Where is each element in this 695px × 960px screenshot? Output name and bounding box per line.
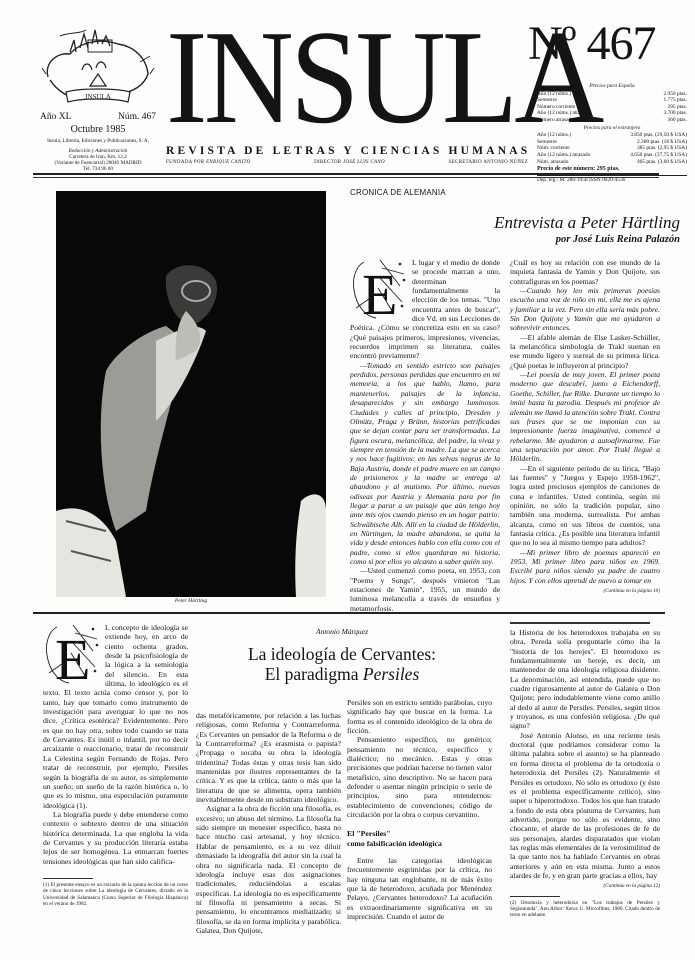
article-title: Entrevista a Peter Härtling bbox=[380, 213, 680, 233]
section-divider bbox=[33, 612, 665, 614]
staff-line: FUNDADA POR ENRIQUE CANITO DIRECTOR JOSÉ… bbox=[166, 160, 528, 165]
subscription-prices: Precios para España Año (12 núms.)2.950 … bbox=[537, 82, 687, 184]
paragraph-3: das metafóricamente, por relación a las … bbox=[196, 711, 341, 804]
svg-text:E: E bbox=[362, 262, 397, 322]
article2-column-1: E L concepto de ideología se extiende ho… bbox=[43, 623, 188, 907]
answer-4: —Mi primer libro de poemas apareció en 1… bbox=[510, 548, 660, 585]
svg-text:INSULA: INSULA bbox=[85, 93, 111, 101]
photo-caption: Peter Härtling bbox=[56, 598, 326, 604]
question-4: —En el siguiente período de su lírica, "… bbox=[510, 464, 660, 548]
decorative-initial-e-icon: E bbox=[43, 623, 99, 687]
paragraph-6: Pensamiento específico, no genérico; pen… bbox=[347, 735, 492, 819]
footnote-rule bbox=[510, 896, 560, 897]
continued-note: (Continúa en la página 10) bbox=[510, 587, 660, 596]
peter-hartling-photo bbox=[56, 191, 326, 597]
issue-info: Año XL Núm. 467 Octubre 1985 Insula, Lib… bbox=[40, 112, 156, 173]
secretary: SECRETARIO ANTONIO NÚÑEZ bbox=[449, 160, 529, 165]
address-block: Redacción y Administración Carretera de … bbox=[40, 148, 156, 173]
subheading: El "Persiles" como falsificación ideológ… bbox=[347, 829, 492, 848]
publisher: Insula, Librería, Ediciones y Publicacio… bbox=[40, 138, 156, 144]
answer-3: —Lei poesía de muy joven. El primer poet… bbox=[510, 370, 660, 463]
castle-hill-emblem-icon: INSULA bbox=[40, 22, 156, 114]
footnote-2: (2) Ortodoxia y heterodoxia en "Los trab… bbox=[510, 900, 660, 919]
answer-1: —Tomado en sentido estricto son paisajes… bbox=[350, 361, 500, 567]
director: DIRECTOR JOSÉ LUIS CANO bbox=[314, 160, 385, 165]
paragraph-4: Asignar a la obra de ficción una filosof… bbox=[196, 804, 341, 935]
article-byline: por José Luis Reina Palazón bbox=[380, 234, 680, 245]
question-2-cont: ¿Cuál es hoy su relación con ese mundo d… bbox=[510, 258, 660, 286]
question-3: —El afable alemán de Else Lasker-Schülle… bbox=[510, 333, 660, 370]
article2-column-2: das metafóricamente, por relación a las … bbox=[196, 711, 341, 935]
svg-text:E: E bbox=[55, 627, 90, 687]
article2-column-4: la Historia de los heterodoxos trabajaba… bbox=[510, 628, 660, 919]
insula-logo: INSULA bbox=[40, 22, 156, 114]
article1-column-2: ¿Cuál es hoy su relación con ese mundo d… bbox=[510, 258, 660, 596]
magazine-subtitle: REVISTA DE LETRAS Y CIENCIAS HUMANAS bbox=[166, 145, 528, 157]
portrait-photo-icon bbox=[56, 191, 326, 597]
answer-2: —Cuando hoy leo mis primeras poesías esc… bbox=[510, 286, 660, 333]
column-top-rule bbox=[510, 622, 650, 624]
issue-date: Octubre 1985 bbox=[40, 124, 156, 136]
prices-abroad-header: Precios para el extranjero bbox=[537, 125, 687, 132]
continued-note: (Continúa en la página 12) bbox=[510, 882, 660, 891]
issue-number: Núm. 467 bbox=[118, 112, 156, 123]
volume-year: Año XL bbox=[40, 112, 71, 123]
founder: FUNDADA POR ENRIQUE CANITO bbox=[166, 160, 251, 165]
section-label: CRONICA DE ALEMANIA bbox=[350, 188, 446, 197]
footnote-1: (1) El presente ensayo es un extracto de… bbox=[43, 882, 188, 907]
masthead-rule bbox=[33, 173, 659, 175]
decorative-initial-e-icon: E bbox=[350, 258, 406, 322]
masthead-rule-thin bbox=[33, 177, 659, 178]
footnote-rule bbox=[43, 878, 93, 879]
question-2: —Usted comenzó como poeta, en 1953, con … bbox=[350, 566, 500, 613]
paragraph-7: Entre las categorías ideológicas frecuen… bbox=[347, 856, 492, 921]
article2-author: Antonio Márquez bbox=[190, 627, 494, 636]
issue-number-large: Nº 467 bbox=[528, 20, 656, 68]
article2-title: La ideología de Cervantes: El paradigma … bbox=[190, 644, 494, 684]
paragraph-5: Persiles son en estricto sentido parábol… bbox=[347, 698, 492, 735]
paragraph-9: José Antonio Alonso, en una reciente tes… bbox=[510, 731, 660, 881]
paragraph-8: la Historia de los heterodoxos trabajaba… bbox=[510, 628, 660, 731]
prices-spain-header: Precios para España bbox=[537, 83, 687, 90]
article2-column-3: Persiles son en estricto sentido parábol… bbox=[347, 698, 492, 921]
article1-column-1: E L lugar y el medio de donde se procede… bbox=[350, 258, 500, 613]
paragraph-2: La biografía puede y debe entenderse com… bbox=[43, 810, 188, 866]
